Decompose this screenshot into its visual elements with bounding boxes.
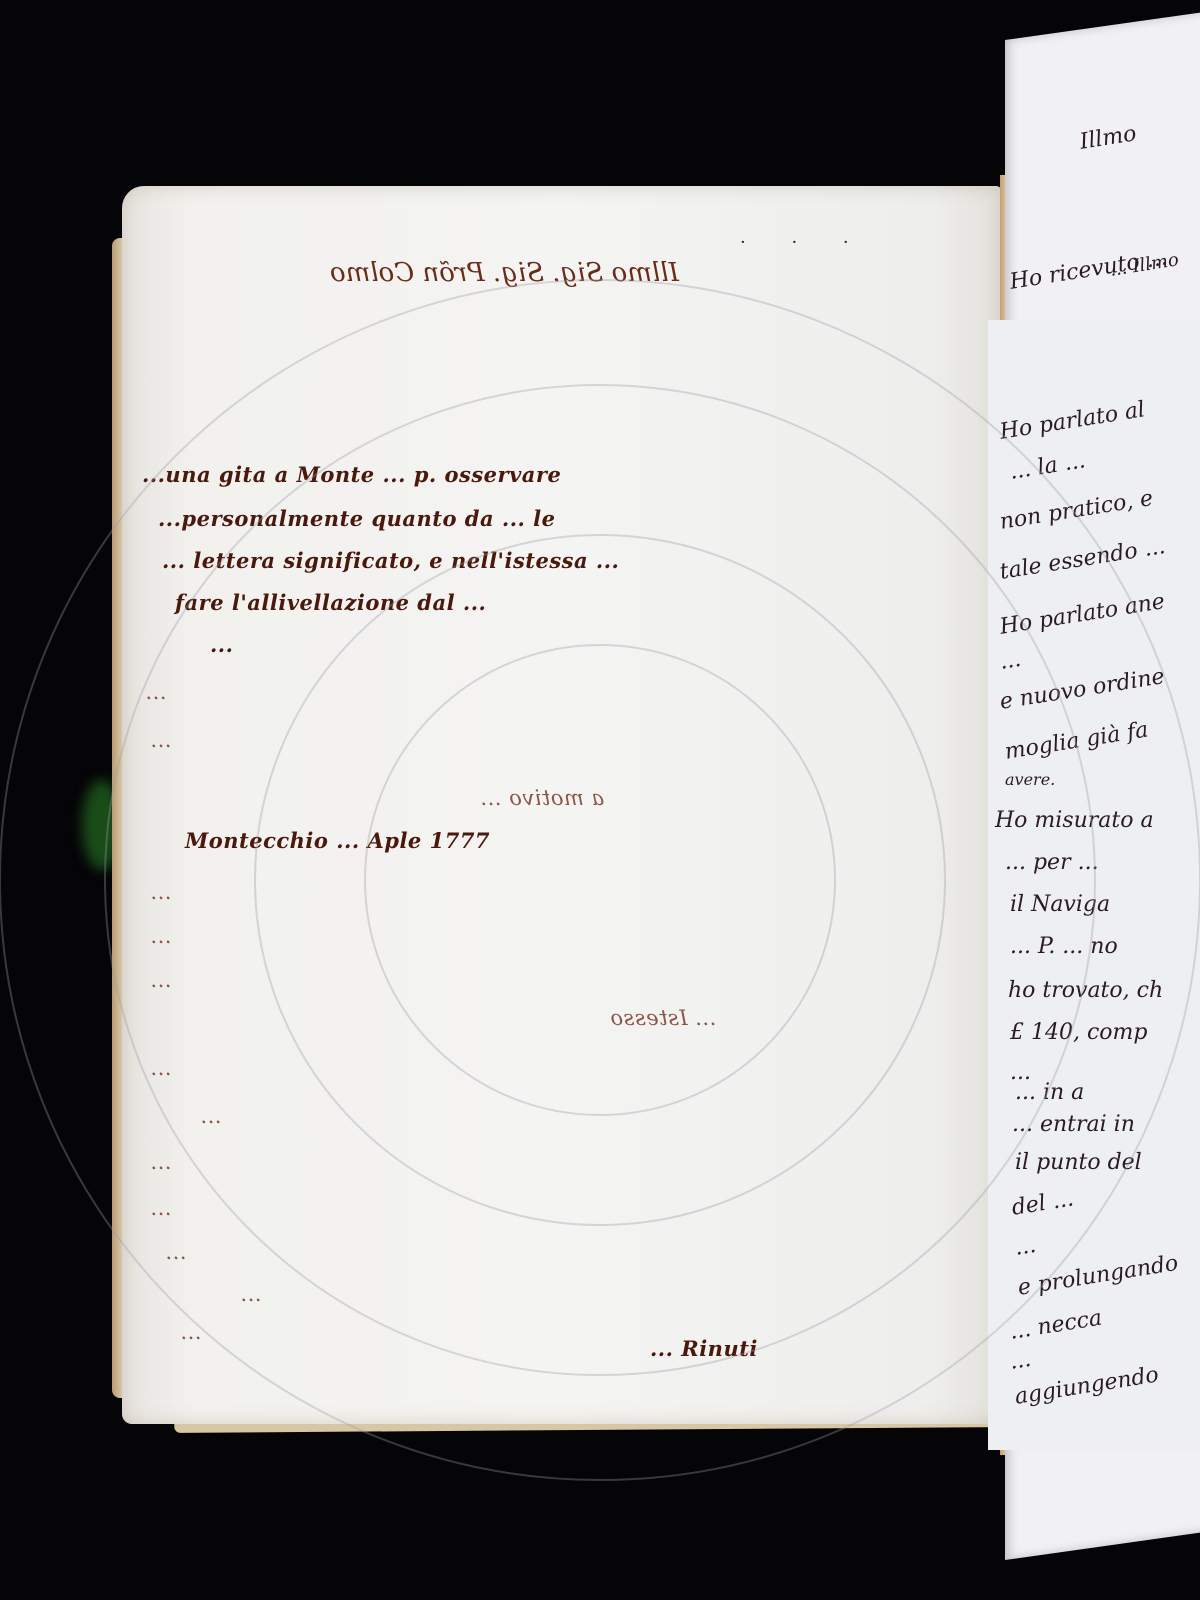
left-line-6: ... <box>145 680 167 704</box>
right-line-17: £ 140, comp <box>1010 1020 1147 1045</box>
left-line-19: ... <box>240 1282 262 1306</box>
left-line-20: ... <box>180 1320 202 1344</box>
left-line-9: Montecchio ... Aple 1777 <box>185 828 490 853</box>
left-line-1: ...una gita a Monte ... p. osservare <box>142 462 561 487</box>
right-line-20: ... entrai in <box>1012 1112 1135 1137</box>
left-line-5: ... <box>210 632 233 657</box>
left-line-16: ... <box>150 1150 172 1174</box>
right-line-8: ... <box>998 647 1023 675</box>
manuscript-scene: Illmo Sig. Sig. Prõn Colmo · · · ...una … <box>0 0 1200 1600</box>
right-line-14: il Naviga <box>1010 892 1110 917</box>
right-line-19: ... in a <box>1015 1080 1084 1105</box>
right-line-21: il punto del <box>1015 1150 1142 1175</box>
left-line-10: ... <box>150 880 172 904</box>
left-line-15: ... <box>200 1104 222 1128</box>
left-line-13: ... Istesso <box>610 1006 716 1030</box>
right-line-12: Ho misurato a <box>995 808 1154 833</box>
right-line-13: ... per ... <box>1005 850 1099 875</box>
left-line-18: ... <box>165 1240 187 1264</box>
left-line-14: ... <box>150 1056 172 1080</box>
right-line-23: ... <box>1013 1233 1038 1261</box>
left-line-4: fare l'allivellazione dal ... <box>175 590 486 615</box>
left-line-12: ... <box>150 968 172 992</box>
right-line-15: ... P. ... no <box>1010 934 1118 959</box>
ink-dots: · · · <box>740 232 869 253</box>
left-line-2: ...personalmente quanto da ... le <box>158 506 555 531</box>
left-line-3: ... lettera significato, e nell'istessa … <box>162 548 619 573</box>
left-line-17: ... <box>150 1196 172 1220</box>
right-line-26: ... <box>1008 1347 1033 1375</box>
left-page-header: Illmo Sig. Sig. Prõn Colmo <box>330 258 679 288</box>
left-line-7: ... <box>150 728 172 752</box>
left-line-11: ... <box>150 924 172 948</box>
right-line-16: ho trovato, ch <box>1008 978 1163 1003</box>
signature: ... Rinuti <box>650 1336 758 1361</box>
left-line-8: a motivo ... <box>480 786 604 810</box>
right-line-11: avere. <box>1005 770 1055 789</box>
